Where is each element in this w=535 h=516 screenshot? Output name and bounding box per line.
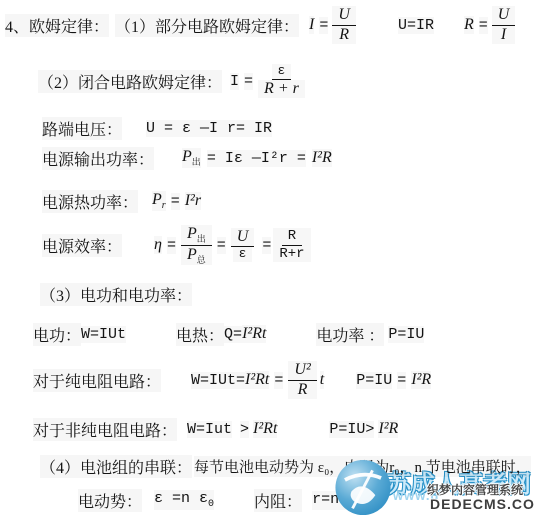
formula-line-efficiency: 电源效率： η = P出 P总 = U ε = R R+r [42, 218, 311, 272]
formula-line-ohm-closed: （2）闭合电路欧姆定律： I = ε R + r [38, 56, 305, 106]
formula-line-work-heat-power: 电功： W=IUt 电热： Q= I²Rt 电功率 ： P=IU [33, 322, 424, 346]
item2-label: （2）闭合电路欧姆定律： [38, 70, 222, 93]
power-label: 电功率 ： [316, 323, 384, 346]
pure-resistive-label: 对于纯电阻电路： [33, 369, 161, 392]
var-t: t [320, 371, 324, 389]
equals-sign: = [397, 372, 406, 389]
frac-denominator: R [333, 26, 355, 44]
equals-sign: = [274, 372, 283, 389]
var-P: P [187, 246, 197, 263]
nonpure-p-formula: P=IU> [329, 421, 374, 438]
heat-label: 电热： [176, 323, 224, 346]
terminal-voltage-formula: U = ε —I r= IR [146, 120, 272, 137]
heat-power-label: 电源热功率： [42, 190, 138, 213]
var-P-out: P出 [182, 148, 201, 167]
frac-denominator: R+r [273, 246, 310, 262]
work-formula: W=IUt [81, 326, 126, 343]
nonpure-resistive-label: 对于非纯电阻电路： [33, 418, 177, 441]
emf-formula: ε =n ε0 [154, 490, 214, 510]
subscript-zero: 0 [208, 499, 214, 510]
efficiency-label: 电源效率： [42, 234, 122, 257]
equals-sign: = [319, 17, 328, 34]
frac-numerator: R [282, 228, 302, 245]
formula-line-nonpure-resistive: 对于非纯电阻电路： W=Iut > I²Rt P=IU> I²R [33, 417, 398, 441]
formula-line-output-power: 电源输出功率： P出 = Iε —I²r = I²R [42, 144, 332, 172]
fraction-Pout-over-Ptotal: P出 P总 [181, 225, 212, 264]
fraction-U-over-R: U R [332, 6, 356, 44]
frac-numerator: U [492, 6, 516, 25]
output-power-tail: I²R [312, 149, 332, 167]
document-page: 4、欧姆定律： （1）部分电路欧姆定律： I = U R U=IR R = U … [0, 0, 535, 516]
formula-U-IR: U=IR [398, 17, 434, 34]
item4-label: （4）电池组的串联： [40, 455, 192, 478]
section-heading: 4、欧姆定律： [5, 14, 109, 37]
power-formula: P=IU [388, 326, 424, 343]
equals-sign: = [479, 17, 488, 34]
terminal-voltage-label: 路端电压： [42, 117, 122, 140]
heat-formula-lhs: Q= [224, 326, 242, 343]
frac-numerator: U [231, 228, 255, 247]
fraction-U2-over-R: U² R [288, 361, 316, 399]
pure-w-value: I²Rt [245, 371, 269, 389]
heat-formula-value: I²Rt [242, 325, 266, 343]
var-I: I [309, 16, 314, 34]
frac-numerator: P出 [181, 225, 212, 245]
frac-denominator: I [495, 26, 512, 44]
item3-label: （3）电功和电功率： [40, 283, 192, 306]
frac-denominator: R + r [258, 80, 305, 98]
brush-circle-icon [331, 459, 395, 516]
frac-denominator: ε [233, 247, 253, 262]
emf-label: 电动势： [78, 489, 142, 512]
frac-denominator: P总 [181, 246, 212, 265]
subscript-r: r [162, 200, 166, 211]
frac-denominator: R [292, 381, 314, 399]
var-eta: η [154, 236, 162, 254]
output-power-label: 电源输出功率： [42, 147, 154, 170]
subscript-out: 出 [192, 158, 201, 168]
formula-line-battery-series: 电动势： ε =n ε0 内阻： r=nro [78, 488, 353, 512]
var-P: P [152, 191, 162, 208]
equals-sign: = [217, 237, 226, 254]
subscript-out: 出 [197, 235, 206, 245]
heat-power-value: I²r [185, 192, 201, 210]
fraction-emf-over-R-plus-r: ε R + r [258, 64, 305, 98]
equals-sign: = [244, 73, 253, 90]
emf-body: ε =n ε [154, 490, 208, 507]
frac-numerator: U² [288, 361, 316, 380]
equals-sign: = [262, 237, 271, 254]
var-P-r: Pr [152, 191, 166, 211]
fraction-U-over-emf: U ε [231, 228, 255, 262]
formula-line-terminal-voltage: 路端电压： U = ε —I r= IR [42, 117, 272, 139]
nonpure-p-value: I²R [378, 420, 398, 438]
work-label: 电功： [33, 323, 81, 346]
greater-than-sign: > [240, 421, 249, 438]
frac-numerator: ε [272, 64, 292, 80]
nonpure-w-formula: W=Iut [187, 421, 232, 438]
frac-numerator: U [332, 6, 356, 25]
formula-line-heat-power: 电源热功率： Pr = I²r [42, 188, 201, 214]
var-P: P [187, 225, 197, 242]
item1-label: （1）部分电路欧姆定律： [115, 14, 299, 37]
pure-w-formula: W=IUt= [191, 372, 245, 389]
subscript-total: 总 [197, 255, 206, 265]
internal-resistance-label: 内阻： [254, 489, 302, 512]
output-power-mid: = Iε —I²r = [207, 150, 306, 167]
pure-p-value: I²R [411, 371, 431, 389]
section3-heading: （3）电功和电功率： [40, 283, 192, 305]
var-I: I [230, 73, 239, 90]
fraction-R-over-R-plus-r: R R+r [273, 228, 310, 261]
section4-heading: （4）电池组的串联： 每节电池电动势为 ε₀，内阻为r₀，n 节电池串联时， [40, 455, 531, 477]
var-P: P [182, 148, 192, 165]
formula-line-pure-resistive: 对于纯电阻电路： W=IUt= I²Rt = U² R t P=IU = I²R [33, 356, 431, 404]
pure-p-formula: P=IU [356, 372, 392, 389]
brand-logo-icon [331, 459, 395, 516]
watermark-cms-domain: DEDECMS.COM [430, 496, 535, 512]
equals-sign: = [171, 193, 180, 210]
formula-line-ohm-partial: 4、欧姆定律： （1）部分电路欧姆定律： I = U R U=IR R = U … [5, 2, 515, 48]
nonpure-w-value: I²Rt [253, 420, 277, 438]
equals-sign: = [167, 237, 176, 254]
fraction-U-over-I: U I [492, 6, 516, 44]
var-R: R [464, 16, 474, 34]
